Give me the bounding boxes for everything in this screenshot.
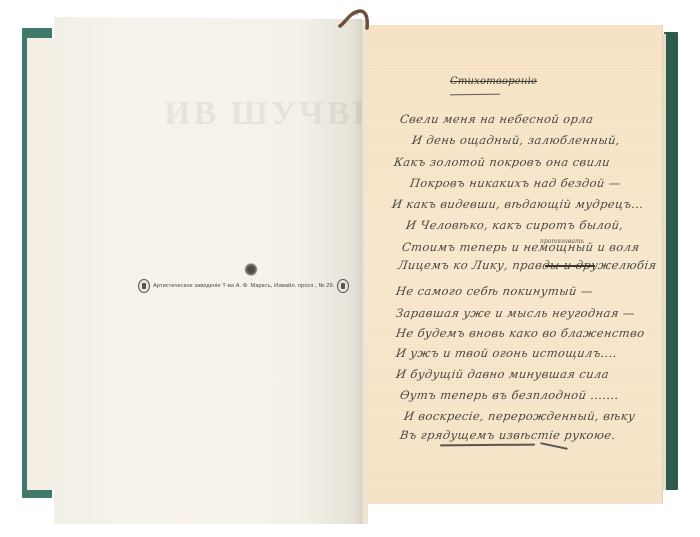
closing-flourish bbox=[540, 442, 568, 449]
poem-line: Лицемъ ко Лику, правды и дружелюбія bbox=[397, 258, 658, 272]
poem-line: Заравшая уже и мысль неугодная — bbox=[395, 306, 636, 320]
open-book-photo: ИВ ШУЧВВ Артистическое заведеніе Т-ва А.… bbox=[0, 0, 700, 537]
poem-line: И какъ видевши, вѣдающій мудрецъ... bbox=[391, 197, 645, 211]
poem-line: И ужъ и твой огонь истощилъ.... bbox=[395, 346, 618, 360]
poem-line: Не самого себѣ покинутый — bbox=[395, 284, 594, 298]
poem-line: И будущій давно минувшая сила bbox=[395, 367, 610, 381]
poem-line: Въ грядущемъ извѣстіе рукоюе. bbox=[399, 428, 617, 442]
poem-line: Ѳутъ теперь въ безплодной ....... bbox=[399, 388, 620, 402]
poem-line: Не будемъ вновь како во блаженство bbox=[395, 326, 646, 340]
poem-line: И день ощадный, залюбленный, bbox=[411, 133, 621, 147]
poem-line: Покровъ никакихъ над бездой — bbox=[409, 176, 622, 190]
closing-flourish bbox=[440, 444, 535, 446]
poem-line: Стоимъ теперь и немощный и воля bbox=[401, 240, 640, 254]
correction-note: протягивать bbox=[540, 238, 584, 245]
poem-line: Свели меня на небесной орла bbox=[399, 112, 594, 126]
poem-title: Стихотворенiе bbox=[450, 76, 537, 87]
poem-line: Какъ золотой покровъ она свили bbox=[393, 155, 611, 169]
poem-line: И воскресіе, перерожденный, вѣку bbox=[403, 409, 636, 423]
poem-line: И Человѣко, какъ сиротъ былой, bbox=[405, 218, 624, 232]
strikethrough-mark bbox=[545, 265, 595, 267]
title-underline bbox=[450, 94, 500, 96]
handwritten-poem: Стихотворенiе Свели меня на небесной орл… bbox=[0, 0, 700, 537]
